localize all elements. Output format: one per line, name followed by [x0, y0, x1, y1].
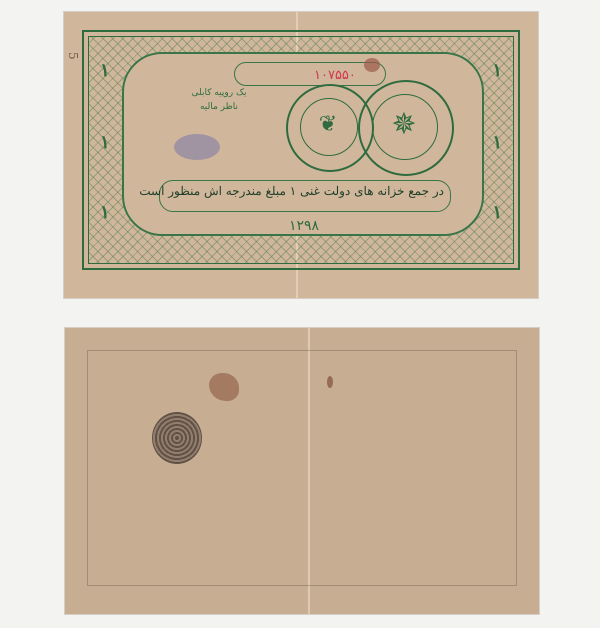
- tughra-icon: ❦: [310, 112, 346, 137]
- corner-numeral: ۱: [492, 60, 502, 81]
- corner-numeral: ۱: [100, 60, 110, 81]
- denomination-label: یک روپیه کابلی: [174, 86, 264, 100]
- ink-stamp: [174, 134, 220, 160]
- serial-number: ۱۰۷۵۵۰: [314, 68, 356, 83]
- signature-label: ناظر مالیه: [174, 100, 264, 114]
- faint-border: [87, 350, 517, 586]
- seal-stamp-icon: [152, 412, 202, 464]
- issue-year: ۱۲۹۸: [264, 218, 344, 234]
- corner-numeral: ۱: [100, 202, 110, 223]
- banknote-front: ۱ ۱ ۱ ۱ ۱ ۱ ۱۰۷۵۵۰ یک روپیه کابلی ناظر م…: [64, 12, 538, 298]
- promise-text: در جمع خزانه های دولت غنی ۱ مبلغ مندرجه …: [164, 184, 444, 198]
- stain-spot: [327, 376, 333, 388]
- denomination-text: یک روپیه کابلی ناظر مالیه: [174, 86, 264, 114]
- corner-numeral: ۱: [100, 132, 110, 153]
- edge-mark: 5: [66, 52, 80, 60]
- corner-numeral: ۱: [492, 132, 502, 153]
- coat-of-arms-icon: ✵: [386, 106, 422, 144]
- corner-numeral: ۱: [492, 202, 502, 223]
- banknote-back: [65, 328, 539, 614]
- stain: [364, 58, 380, 72]
